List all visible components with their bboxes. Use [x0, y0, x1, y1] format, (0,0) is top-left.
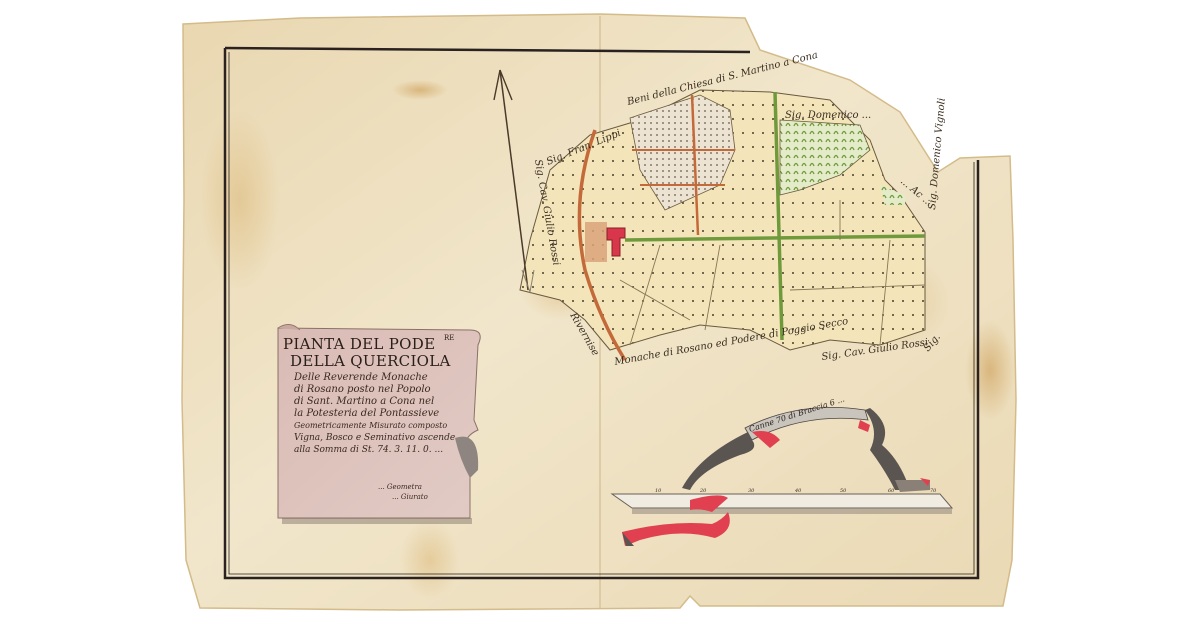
title-cartouche: PIANTA DEL PODE RE DELLA QUERCIOLA Delle…: [278, 324, 480, 524]
scale-tick: 20: [699, 488, 707, 494]
scale-tick: 30: [748, 488, 755, 494]
scale-tick: 50: [840, 488, 847, 494]
scale-tick: 60: [888, 488, 895, 494]
farmhouse-plot: [585, 222, 607, 262]
cartouche-text-line: di Sant. Martino a Cona nel: [294, 396, 434, 407]
cartouche-title-line1: PIANTA DEL PODE: [283, 335, 435, 353]
cartouche-signature: ... Geometra: [378, 483, 422, 491]
cartouche-text-line: Geometricamente Misurato composto: [294, 421, 447, 430]
cartouche-signature: ... Giurato: [392, 493, 428, 501]
scale-tick: 10: [655, 488, 662, 494]
label-northeast: Sig. Domenico ...: [785, 110, 871, 121]
cartouche-text-line: di Rosano posto nel Popolo: [294, 384, 431, 395]
scale-tick: 40: [794, 488, 802, 494]
cartouche-title-superscript: RE: [444, 334, 454, 342]
historical-estate-map: Sig. Fran. Lippi Beni della Chiesa di S.…: [0, 0, 1200, 628]
cartouche-title-line2: DELLA QUERCIOLA: [290, 352, 451, 370]
scale-tick: 70: [930, 488, 937, 494]
cartouche-text-line: alla Somma di St. 74. 3. 11. 0. ...: [294, 445, 443, 455]
cartouche-text-line: Delle Reverende Monache: [293, 372, 428, 383]
cartouche-text-line: la Potesteria del Pontassieve: [294, 408, 439, 419]
cartouche-text-line: Vigna, Bosco e Seminativo ascende: [294, 433, 455, 443]
